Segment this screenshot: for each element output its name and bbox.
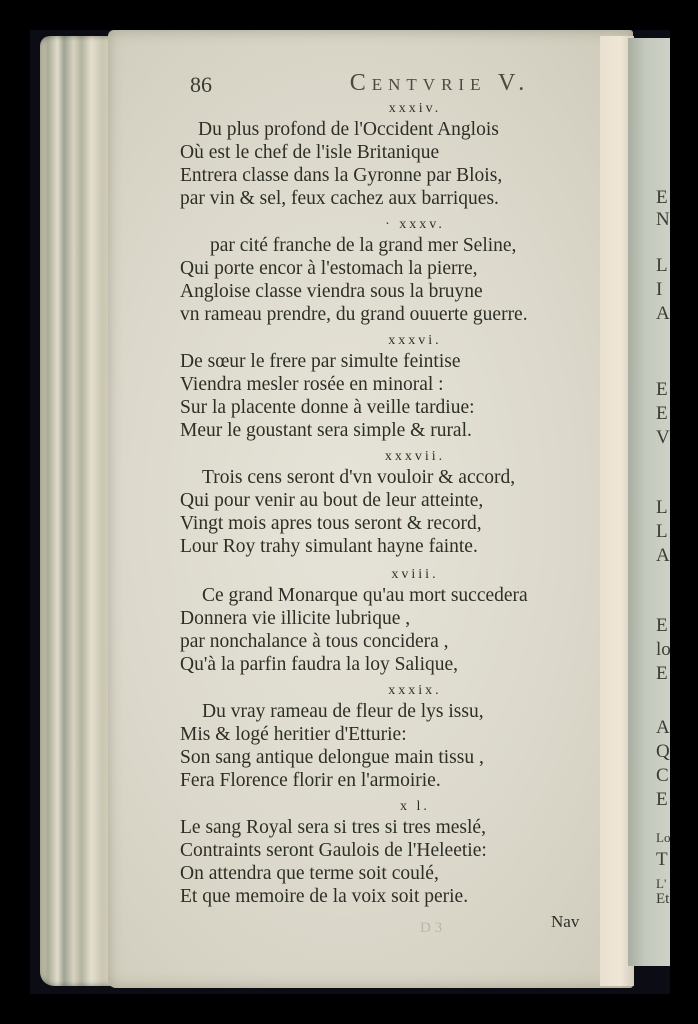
facing-fragment: L [656, 256, 668, 275]
verse-line: Qu'à la parfin faudra la loy Salique, [180, 653, 610, 676]
facing-fragment: A [656, 546, 670, 565]
facing-fragment: T [656, 850, 668, 869]
facing-fragment: E [656, 664, 668, 683]
quatrain-numeral: x l. [180, 798, 610, 816]
verse-line: Et que memoire de la voix soit perie. [180, 885, 610, 908]
verse-line: par nonchalance à tous concidera , [180, 630, 610, 653]
quatrain-34: xxxiv. Du plus profond de l'Occident Ang… [180, 100, 610, 210]
facing-fragment: V [656, 428, 670, 447]
quatrain-numeral: xxxiv. [180, 100, 610, 118]
facing-fragment: Q [656, 742, 670, 761]
facing-fragment: C [656, 766, 669, 785]
verse-line: Son sang antique delongue main tissu , [180, 746, 610, 769]
verse-line: Qui pour venir au bout de leur atteinte, [180, 489, 610, 512]
facing-fragment: E [656, 380, 668, 399]
verse-line: Vingt mois apres tous seront & record, [180, 512, 610, 535]
verse-line: Angloise classe viendra sous la bruyne [180, 280, 610, 303]
verse-line: Contraints seront Gaulois de l'Heleetie: [180, 839, 610, 862]
quatrain-36: xxxvi. De sœur le frere par simulte fein… [180, 332, 610, 442]
verse-line: Entrera classe dans la Gyronne par Blois… [180, 164, 610, 187]
quatrain-35: · xxxv. par cité franche de la grand mer… [180, 216, 610, 326]
quatrain-numeral: · xxxv. [180, 216, 610, 234]
verse-line: Trois cens seront d'vn vouloir & accord, [180, 466, 610, 489]
verse-line: Où est le chef de l'isle Britanique [180, 141, 610, 164]
quatrain-38: xviii. Ce grand Monarque qu'au mort succ… [180, 566, 610, 676]
quatrain-numeral: xviii. [180, 566, 610, 584]
quatrain-numeral: xxxix. [180, 682, 610, 700]
verse-line: Qui porte encor à l'estomach la pierre, [180, 257, 610, 280]
verse-line: Le sang Royal sera si tres si tres meslé… [180, 816, 610, 839]
facing-fragment: Et [656, 890, 669, 909]
verse-line: Viendra mesler rosée en minoral : [180, 373, 610, 396]
facing-fragment: E [656, 790, 668, 809]
page-number: 86 [190, 72, 212, 98]
quatrain-numeral: xxxvi. [180, 332, 610, 350]
running-title: Centvrie V. [280, 70, 600, 97]
verse-line: Du plus profond de l'Occident Anglois [180, 118, 610, 141]
facing-fragment: E [656, 616, 668, 635]
facing-fragment: E [656, 404, 668, 423]
verse-line: Meur le goustant sera simple & rural. [180, 419, 610, 442]
signature-mark: D 3 [420, 920, 442, 937]
facing-fragment: L [656, 522, 668, 541]
catchword: Nav [551, 912, 579, 932]
verse-line: Ce grand Monarque qu'au mort succedera [180, 584, 610, 607]
quatrain-numeral: xxxvii. [180, 448, 610, 466]
verse-line: Sur la placente donne à veille tardiue: [180, 396, 610, 419]
verse-line: Lour Roy trahy simulant hayne fainte. [180, 535, 610, 558]
facing-fragment: L [656, 498, 668, 517]
verse-line: On attendra que terme soit coulé, [180, 862, 610, 885]
verse-line: vn rameau prendre, du grand ouuerte guer… [180, 303, 610, 326]
facing-fragment: I [656, 280, 662, 299]
verse-line: par vin & sel, feux cachez aux barriques… [180, 187, 610, 210]
verse-line: Mis & logé heritier d'Etturie: [180, 723, 610, 746]
facing-fragment: E [656, 188, 668, 207]
verse-line: Du vray rameau de fleur de lys issu, [180, 700, 610, 723]
facing-fragment: lo [656, 640, 670, 659]
facing-page-edge: E N L I A E E V L L A E lo E A Q C E Lo … [628, 38, 670, 966]
quatrain-37: xxxvii. Trois cens seront d'vn vouloir &… [180, 448, 610, 558]
page-header: 86 Centvrie V. [190, 66, 610, 100]
verse-line: Donnera vie illicite lubrique , [180, 607, 610, 630]
quatrain-39: xxxix. Du vray rameau de fleur de lys is… [180, 682, 610, 792]
facing-fragment: A [656, 304, 670, 323]
facing-fragment: Lo [656, 828, 670, 847]
facing-fragment: N [656, 210, 670, 229]
verse-line: De sœur le frere par simulte feintise [180, 350, 610, 373]
quatrain-40: x l. Le sang Royal sera si tres si tres … [180, 798, 610, 908]
verse-line: Fera Florence florir en l'armoirie. [180, 769, 610, 792]
facing-fragment: A [656, 718, 670, 737]
verse-line: par cité franche de la grand mer Seline, [180, 234, 610, 257]
